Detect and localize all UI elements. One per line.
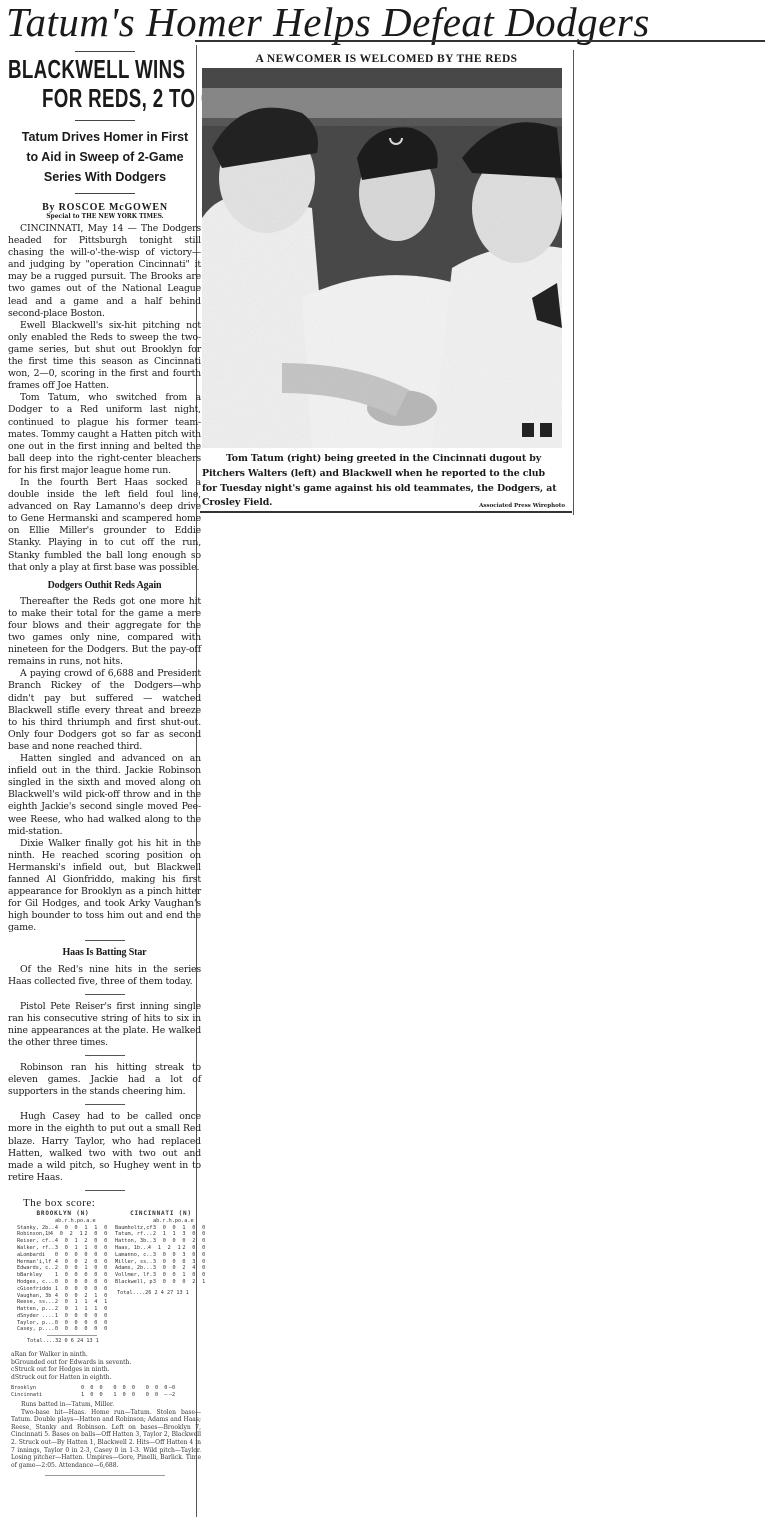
player-stats: 4 0 0 2 1 0	[55, 1293, 109, 1300]
line-score-row: Brooklyn0 0 0 0 0 0 0 0 0—0	[11, 1385, 205, 1392]
box-score-row: Baumholtz,cf3 0 0 1 0 0	[115, 1225, 207, 1232]
divider	[75, 120, 135, 121]
box-score-row: Vaughan, 3b4 0 0 2 1 0	[17, 1293, 109, 1300]
box-score-row: Hatten, p...2 0 1 1 1 0	[17, 1306, 109, 1313]
divider	[75, 193, 135, 194]
divider	[85, 1055, 125, 1056]
divider	[85, 1190, 125, 1191]
box-score-title: The box score:	[23, 1197, 205, 1209]
player-name: Edwards, c..	[17, 1265, 55, 1272]
box-score-row: Blackwell, p3 0 0 0 2 1	[115, 1279, 207, 1286]
paragraph: Tom Tatum, who switched from a Dodger to…	[8, 392, 201, 477]
photo-section: A NEWCOMER IS WELCOMED BY THE REDS	[200, 50, 574, 515]
player-name: Stanky, 2b..	[17, 1225, 55, 1232]
headline-rule	[195, 40, 765, 42]
team-total: Total....32 0 6 24 13 1	[17, 1338, 109, 1345]
player-stats: 1 0 0 0 0 0	[55, 1313, 109, 1320]
box-summary: Runs batted in—Tatum, Miller. Two-base h…	[11, 1401, 201, 1469]
player-stats: 3 0 0 1 0 0	[153, 1272, 207, 1279]
player-stats: 0 0 0 0 0 0	[55, 1252, 109, 1259]
caption-line: for Tuesday night's game against his old…	[202, 482, 567, 497]
player-stats: 4 1 2 12 0 0	[148, 1245, 207, 1252]
player-stats: 4 0 2 12 0 0	[50, 1231, 109, 1238]
player-stats: 0 0 0 0 0 0	[55, 1279, 109, 1286]
box-footnotes: aRan for Walker in ninth. bGrounded out …	[11, 1351, 201, 1381]
player-stats: 1 0 0 0 0 0	[55, 1272, 109, 1279]
player-name: Walker, rf..	[17, 1245, 55, 1252]
player-name: Hatten, p...	[17, 1306, 55, 1313]
runs: —0	[169, 1385, 175, 1392]
dateline-credit: Special to THE NEW YORK TIMES.	[5, 213, 205, 220]
box-score-row: Miller, ss..3 0 0 0 3 0	[115, 1259, 207, 1266]
team-total: Total....26 2 4 27 13 1	[115, 1290, 207, 1297]
player-stats: 3 0 0 3 0 0	[153, 1252, 207, 1259]
article-subhead: Tatum Drives Homer in First to Aid in Sw…	[5, 127, 205, 187]
news-photo	[202, 68, 562, 448]
summary-line: Two-base hit—Haas. Home run—Tatum. Stole…	[11, 1409, 201, 1470]
player-stats: 2 0 1 1 1 0	[55, 1306, 109, 1313]
box-score-row: Lamanno, c..3 0 0 3 0 0	[115, 1252, 207, 1259]
player-name: Taylor, p...	[17, 1320, 55, 1327]
player-stats: 3 0 0 2 4 0	[153, 1265, 207, 1272]
box-score-row: Adams, 2b...3 0 0 2 4 0	[115, 1265, 207, 1272]
bank-line-2: FOR REDS, 2 TO 0	[42, 84, 159, 113]
summary-line: Runs batted in—Tatum, Miller.	[11, 1401, 201, 1409]
box-score-row: Hatton, 3b..3 0 0 0 2 0	[115, 1238, 207, 1245]
player-stats: 3 0 0 0 2 1	[153, 1279, 207, 1286]
paragraph: A paying crowd of 6,688 and President Br…	[8, 668, 201, 753]
player-stats: 3 0 1 1 0 0	[55, 1245, 109, 1252]
box-score-row: Taylor, p...0 0 0 0 0 0	[17, 1320, 109, 1327]
player-name: dSnyder ....	[17, 1313, 55, 1320]
player-stats: 2 0 0 1 0 0	[55, 1265, 109, 1272]
player-name: Herman'i,lf	[17, 1259, 55, 1266]
box-score-row: Reiser, cf..4 0 1 2 0 0	[17, 1238, 109, 1245]
article-column: BLACKWELL WINS FOR REDS, 2 TO 0 Tatum Dr…	[5, 45, 205, 1515]
box-score-row: cGionfriddo1 0 0 0 0 0	[17, 1286, 109, 1293]
box-score-row: aLombardi0 0 0 0 0 0	[17, 1252, 109, 1259]
paragraph: Pistol Pete Reiser's first inning single…	[8, 1001, 201, 1049]
subhead-line: Tatum Drives Homer in First	[5, 127, 205, 147]
footnote: cStruck out for Hodges in ninth.	[11, 1366, 201, 1374]
team-name: CINCINNATI (N)	[115, 1211, 207, 1218]
divider	[85, 1104, 125, 1105]
player-stats: 0 0 0 0 0 0	[55, 1320, 109, 1327]
divider	[85, 994, 125, 995]
player-name: bBarkley	[17, 1272, 55, 1279]
player-stats: 4 0 0 2 0 0	[55, 1259, 109, 1266]
paragraph: CINCINNATI, May 14 — The Dodgers headed …	[8, 223, 201, 320]
paragraph: Robinson ran his hitting streak to eleve…	[8, 1062, 201, 1098]
subhead-line: to Aid in Sweep of 2-Game	[5, 147, 205, 167]
player-stats: 4 0 0 1 1 0	[55, 1225, 109, 1232]
player-name: Casey, p....	[17, 1326, 55, 1333]
caption-line: Tom Tatum (right) being greeted in the C…	[202, 452, 567, 467]
player-stats: 3 0 0 1 0 0	[153, 1225, 207, 1232]
player-name: Miller, ss..	[115, 1259, 153, 1266]
paragraph: Ewell Blackwell's six-hit pitching not o…	[8, 320, 201, 393]
player-stats: 2 1 1 3 0 0	[153, 1231, 207, 1238]
section-heading: Dodgers Outhit Reds Again	[8, 580, 201, 592]
paragraph: Hugh Casey had to be called once more in…	[8, 1111, 201, 1184]
player-name: Tatum, rf...	[115, 1231, 153, 1238]
team-name: Brooklyn	[11, 1385, 81, 1392]
caption-line: Pitchers Walters (left) and Blackwell wh…	[202, 467, 567, 482]
player-name: cGionfriddo	[17, 1286, 55, 1293]
divider	[85, 940, 125, 941]
box-score-row: Edwards, c..2 0 0 1 0 0	[17, 1265, 109, 1272]
photo-credit: Associated Press Wirephoto	[479, 503, 565, 509]
team-name: BROOKLYN (N)	[17, 1211, 109, 1218]
player-stats: 3 0 0 0 3 0	[153, 1259, 207, 1266]
player-stats: 4 0 1 2 0 0	[55, 1238, 109, 1245]
footnote: dStruck out for Hatten in eighth.	[11, 1374, 201, 1382]
player-name: aLombardi	[17, 1252, 55, 1259]
line-score-row: Cincinnati1 0 0 1 0 0 0 0 ——2	[11, 1392, 205, 1399]
paragraph: In the fourth Bert Haas socked a double …	[8, 477, 201, 574]
player-name: Reiser, cf..	[17, 1238, 55, 1245]
team-name: Cincinnati	[11, 1392, 81, 1399]
player-stats: 2 0 1 1 4 1	[55, 1299, 109, 1306]
photo-heading: A NEWCOMER IS WELCOMED BY THE REDS	[200, 53, 573, 65]
footnote: bGrounded out for Edwards in seventh.	[11, 1359, 201, 1367]
paragraph: Of the Red's nine hits in the series Haa…	[8, 964, 201, 988]
player-name: Hatton, 3b..	[115, 1238, 153, 1245]
box-cincinnati: CINCINNATI (N) ab.r.h.po.a.e Baumholtz,c…	[115, 1211, 207, 1345]
paragraph: Hatten singled and advanced on an infiel…	[8, 753, 201, 838]
player-stats: 3 0 0 0 2 0	[153, 1238, 207, 1245]
columns-header: ab.r.h.po.a.e	[17, 1218, 109, 1225]
box-score-row: Tatum, rf...2 1 1 3 0 0	[115, 1231, 207, 1238]
section-heading: Haas Is Batting Star	[8, 947, 201, 959]
line-score: Brooklyn0 0 0 0 0 0 0 0 0—0Cincinnati1 0…	[11, 1385, 205, 1399]
box-score-row: Haas, 1b....4 1 2 12 0 0	[115, 1245, 207, 1252]
box-score-row: Robinson,1b4 0 2 12 0 0	[17, 1231, 109, 1238]
innings: 0 0 0 0 0 0 0 0 0	[81, 1385, 169, 1392]
runs: —2	[169, 1392, 175, 1399]
player-name: Reese, ss...	[17, 1299, 55, 1306]
subhead-line: Series With Dodgers	[5, 167, 205, 187]
player-name: Adams, 2b...	[115, 1265, 153, 1272]
player-stats: 0 0 0 0 0 0	[55, 1326, 109, 1333]
player-stats: 1 0 0 0 0 0	[55, 1286, 109, 1293]
players-photo-illustration	[202, 68, 562, 448]
article-bank: BLACKWELL WINS FOR REDS, 2 TO 0	[5, 52, 205, 115]
player-name: Hodges, c...	[17, 1279, 55, 1286]
player-name: Robinson,1b	[17, 1231, 50, 1238]
box-score-row: bBarkley1 0 0 0 0 0	[17, 1272, 109, 1279]
box-score-row: Herman'i,lf4 0 0 2 0 0	[17, 1259, 109, 1266]
player-name: Lamanno, c..	[115, 1252, 153, 1259]
bank-line-1: BLACKWELL WINS	[8, 55, 150, 84]
paragraph: Dixie Walker finally got his hit in the …	[8, 838, 201, 935]
columns-header: ab.r.h.po.a.e	[115, 1218, 207, 1225]
byline: By ROSCOE McGOWEN	[5, 202, 205, 213]
photo-rule	[200, 511, 572, 513]
player-name: Haas, 1b....	[115, 1245, 148, 1252]
box-score-row: Reese, ss...2 0 1 1 4 1	[17, 1299, 109, 1306]
box-brooklyn: BROOKLYN (N) ab.r.h.po.a.e Stanky, 2b..4…	[17, 1211, 109, 1345]
player-name: Vaughan, 3b	[17, 1293, 55, 1300]
innings: 1 0 0 1 0 0 0 0 —	[81, 1392, 169, 1399]
footnote: aRan for Walker in ninth.	[11, 1351, 201, 1359]
box-score-tables: BROOKLYN (N) ab.r.h.po.a.e Stanky, 2b..4…	[17, 1211, 205, 1345]
box-score-row: dSnyder ....1 0 0 0 0 0	[17, 1313, 109, 1320]
box-score-row: Stanky, 2b..4 0 0 1 1 0	[17, 1225, 109, 1232]
player-name: Vollmer, lf.	[115, 1272, 153, 1279]
box-score-row: Casey, p....0 0 0 0 0 0	[17, 1326, 109, 1333]
box-score-row: Vollmer, lf.3 0 0 1 0 0	[115, 1272, 207, 1279]
paragraph: Thereafter the Reds got one more hit to …	[8, 596, 201, 669]
box-score-row: Walker, rf..3 0 1 1 0 0	[17, 1245, 109, 1252]
article-body: CINCINNATI, May 14 — The Dodgers headed …	[8, 223, 201, 1191]
player-name: Baumholtz,cf	[115, 1225, 153, 1232]
box-score-row: Hodges, c...0 0 0 0 0 0	[17, 1279, 109, 1286]
player-name: Blackwell, p	[115, 1279, 153, 1286]
